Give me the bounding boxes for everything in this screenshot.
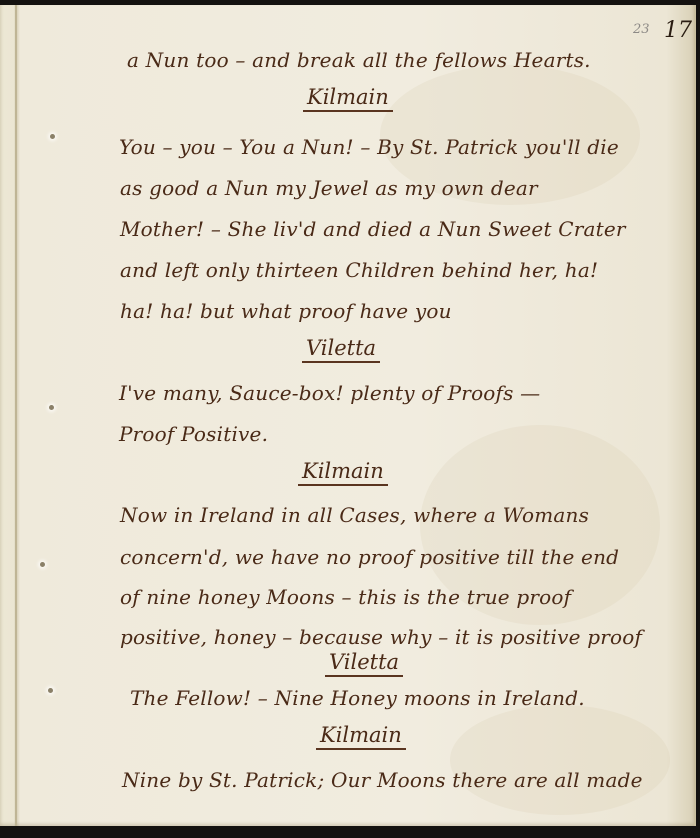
dialogue-line: I've many, Sauce-box! plenty of Proofs — <box>119 381 540 405</box>
dialogue-line: ha! ha! but what proof have you <box>120 299 452 323</box>
speaker-name: Viletta <box>302 337 380 363</box>
dialogue-line: of nine honey Moons – this is the true p… <box>120 585 571 609</box>
dialogue-line: Now in Ireland in all Cases, where a Wom… <box>120 503 589 527</box>
folio-number-ink: 17 <box>664 18 692 43</box>
dialogue-line: Mother! – She liv'd and died a Nun Sweet… <box>120 217 626 241</box>
dialogue-line: a Nun too – and break all the fellows He… <box>127 48 591 72</box>
sewing-hole <box>40 562 45 567</box>
paper-stain <box>450 705 670 815</box>
dialogue-line: positive, honey – because why – it is po… <box>120 625 642 649</box>
dialogue-line: Proof Positive. <box>119 422 268 446</box>
dialogue-line: You – you – You a Nun! – By St. Patrick … <box>119 135 619 159</box>
speaker-name: Viletta <box>325 651 403 677</box>
dialogue-line: and left only thirteen Children behind h… <box>120 258 598 282</box>
dialogue-line: Nine by St. Patrick; Our Moons there are… <box>122 768 643 792</box>
binding-gutter <box>15 5 17 826</box>
speaker-name: Kilmain <box>316 724 406 750</box>
sewing-hole <box>48 688 53 693</box>
speaker-name: Kilmain <box>298 460 388 486</box>
manuscript-page: 23 17 a Nun too – and break all the fell… <box>0 5 696 826</box>
speaker-name: Kilmain <box>303 86 393 112</box>
dialogue-line: The Fellow! – Nine Honey moons in Irelan… <box>130 686 585 710</box>
dialogue-line: concern'd, we have no proof positive til… <box>120 545 619 569</box>
scan-frame: 23 17 a Nun too – and break all the fell… <box>0 0 700 838</box>
folio-number-pencil: 23 <box>633 22 650 37</box>
dialogue-line: as good a Nun my Jewel as my own dear <box>120 176 538 200</box>
sewing-hole <box>50 134 55 139</box>
sewing-hole <box>49 405 54 410</box>
